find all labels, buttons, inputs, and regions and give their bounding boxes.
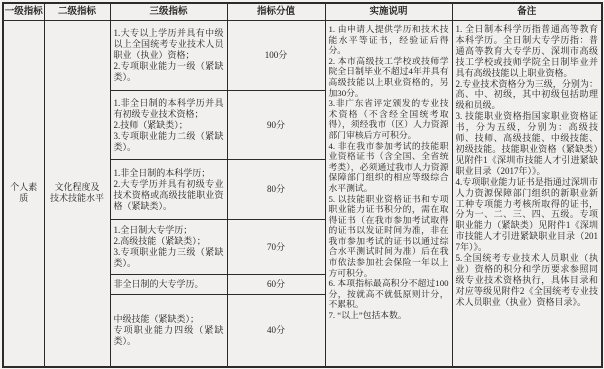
level2-indicator-cell: 文化程度及 技术技能水平 <box>44 21 110 367</box>
remark-item: 1. 全日制本科学历指普通高等教育本科学历。全日制大专学历指：普通高等教育大专学… <box>456 24 599 79</box>
criteria-item: 3.专项职业能力三级（紧缺类）。 <box>114 247 224 269</box>
implementation-item: 7. “以上”包括本数。 <box>329 310 449 321</box>
header-indicator-score: 指标分值 <box>227 3 325 21</box>
implementation-item: 6. 本项指标最高积分不超过100分，按就高不就低原则计分，不累积。 <box>329 278 449 310</box>
remarks-cell: 1. 全日制本科学历指普通高等教育本科学历。全日制大专学历指：普通高等教育大专学… <box>452 21 602 367</box>
table-header-row: 一级指标 二级指标 三级指标 指标分值 实施说明 备注 <box>3 3 602 21</box>
implementation-item: 5. 以技能职业资格证书和专项职业能力证书积分的，需在取得证书（在我市参加考试取… <box>329 194 449 279</box>
score-cell-60: 60分 <box>227 275 325 295</box>
criteria-item: 2.技师（紧缺类）； <box>114 120 224 131</box>
remark-item: 2.专业技术资格分为三级，分别为：高、中、初级，其中初级包括助理级和员级。 <box>456 79 599 112</box>
implementation-item: 3.非广东省评定颁发的专业技术资格（不含经全国统考取得），须经我市（区）人力资源… <box>329 98 449 140</box>
implementation-item: 4. 非在我市参加考试的技能职业资格证书（含全国、全省统考类），必须通过我市人力… <box>329 141 449 194</box>
indicator-score-table: 一级指标 二级指标 三级指标 指标分值 实施说明 备注 个人素质 文化程度及 技… <box>2 2 603 368</box>
criteria-item: 1.大专以上学历并具有中级以上全国统考专业技术人员职业（执业）资格； <box>114 28 224 61</box>
header-implementation-notes: 实施说明 <box>325 3 452 21</box>
implementation-item: 1. 由申请人提供学历和技术技能水平等证书，经验证后得分。 <box>329 24 449 56</box>
table-row: 个人素质 文化程度及 技术技能水平 1.大专以上学历并具有中级以上全国统考专业技… <box>3 21 602 91</box>
criteria-item: 1.非全日制的本科学历； <box>114 168 224 179</box>
document-page: 一级指标 二级指标 三级指标 指标分值 实施说明 备注 个人素质 文化程度及 技… <box>0 0 604 369</box>
criteria-item: 2.专项职业能力一级（紧缺类）。 <box>114 61 224 83</box>
criteria-cell-100: 1.大专以上学历并具有中级以上全国统考专业技术人员职业（执业）资格； 2.专项职… <box>110 21 227 91</box>
score-cell-100: 100分 <box>227 21 325 91</box>
implementation-notes-cell: 1. 由申请人提供学历和技术技能水平等证书，经验证后得分。 2. 本市高级技工学… <box>325 21 452 367</box>
score-cell-40: 40分 <box>227 295 325 367</box>
header-level1-indicator: 一级指标 <box>3 3 44 21</box>
criteria-item: 1.非全日制的本科学历并具有初级专业技术资格； <box>114 98 224 120</box>
remark-item: 3. 技能职业资格指国家职业资格证书，分为五级，分别为：高级技师、技师、高级技能… <box>456 111 599 176</box>
criteria-item: 专项职业能力四级（紧缺类）。 <box>114 325 224 347</box>
remark-item: 5.全国统考专业技术人员职业（执业）资格的积分和学历要求参照同级专业技术资格执行… <box>456 253 599 308</box>
criteria-cell-90: 1.非全日制的本科学历并具有初级专业技术资格； 2.技师（紧缺类）； 3.专项职… <box>110 91 227 160</box>
criteria-item: 2.大专学历并具有初级专业技术资格或高级技能职业资格（紧缺类）。 <box>114 179 224 212</box>
level2-line-1: 文化程度及 <box>48 182 107 193</box>
criteria-item: 3.专项职业能力二级（紧缺类）。 <box>114 131 224 153</box>
criteria-cell-40: 中级技能（紧缺类）； 专项职业能力四级（紧缺类）。 <box>110 295 227 367</box>
criteria-item: 1.全日制大专学历； <box>114 225 224 236</box>
level2-line-2: 技术技能水平 <box>48 193 107 204</box>
criteria-cell-70: 1.全日制大专学历； 2.高级技能（紧缺类）； 3.专项职业能力三级（紧缺类）。 <box>110 220 227 275</box>
score-cell-70: 70分 <box>227 220 325 275</box>
score-cell-80: 80分 <box>227 160 325 220</box>
criteria-cell-80: 1.非全日制的本科学历； 2.大专学历并具有初级专业技术资格或高级技能职业资格（… <box>110 160 227 220</box>
remark-item: 4.专项职业能力证书是指通过深圳市人力资源保障部门组织的新职业新工种专项能力考核… <box>456 177 599 253</box>
header-remarks: 备注 <box>452 3 602 21</box>
header-level3-indicator: 三级指标 <box>110 3 227 21</box>
criteria-cell-60: 非全日制的大专学历。 <box>110 275 227 295</box>
implementation-item: 2. 本市高级技工学校或技师学院全日制毕业不超过4年并具有高级技能以上职业资格的… <box>329 56 449 98</box>
header-level2-indicator: 二级指标 <box>44 3 110 21</box>
criteria-item: 非全日制的大专学历。 <box>114 279 224 290</box>
criteria-item: 中级技能（紧缺类）； <box>114 314 224 325</box>
criteria-item: 2.高级技能（紧缺类）； <box>114 236 224 247</box>
score-cell-90: 90分 <box>227 91 325 160</box>
level1-indicator-cell: 个人素质 <box>3 21 44 367</box>
